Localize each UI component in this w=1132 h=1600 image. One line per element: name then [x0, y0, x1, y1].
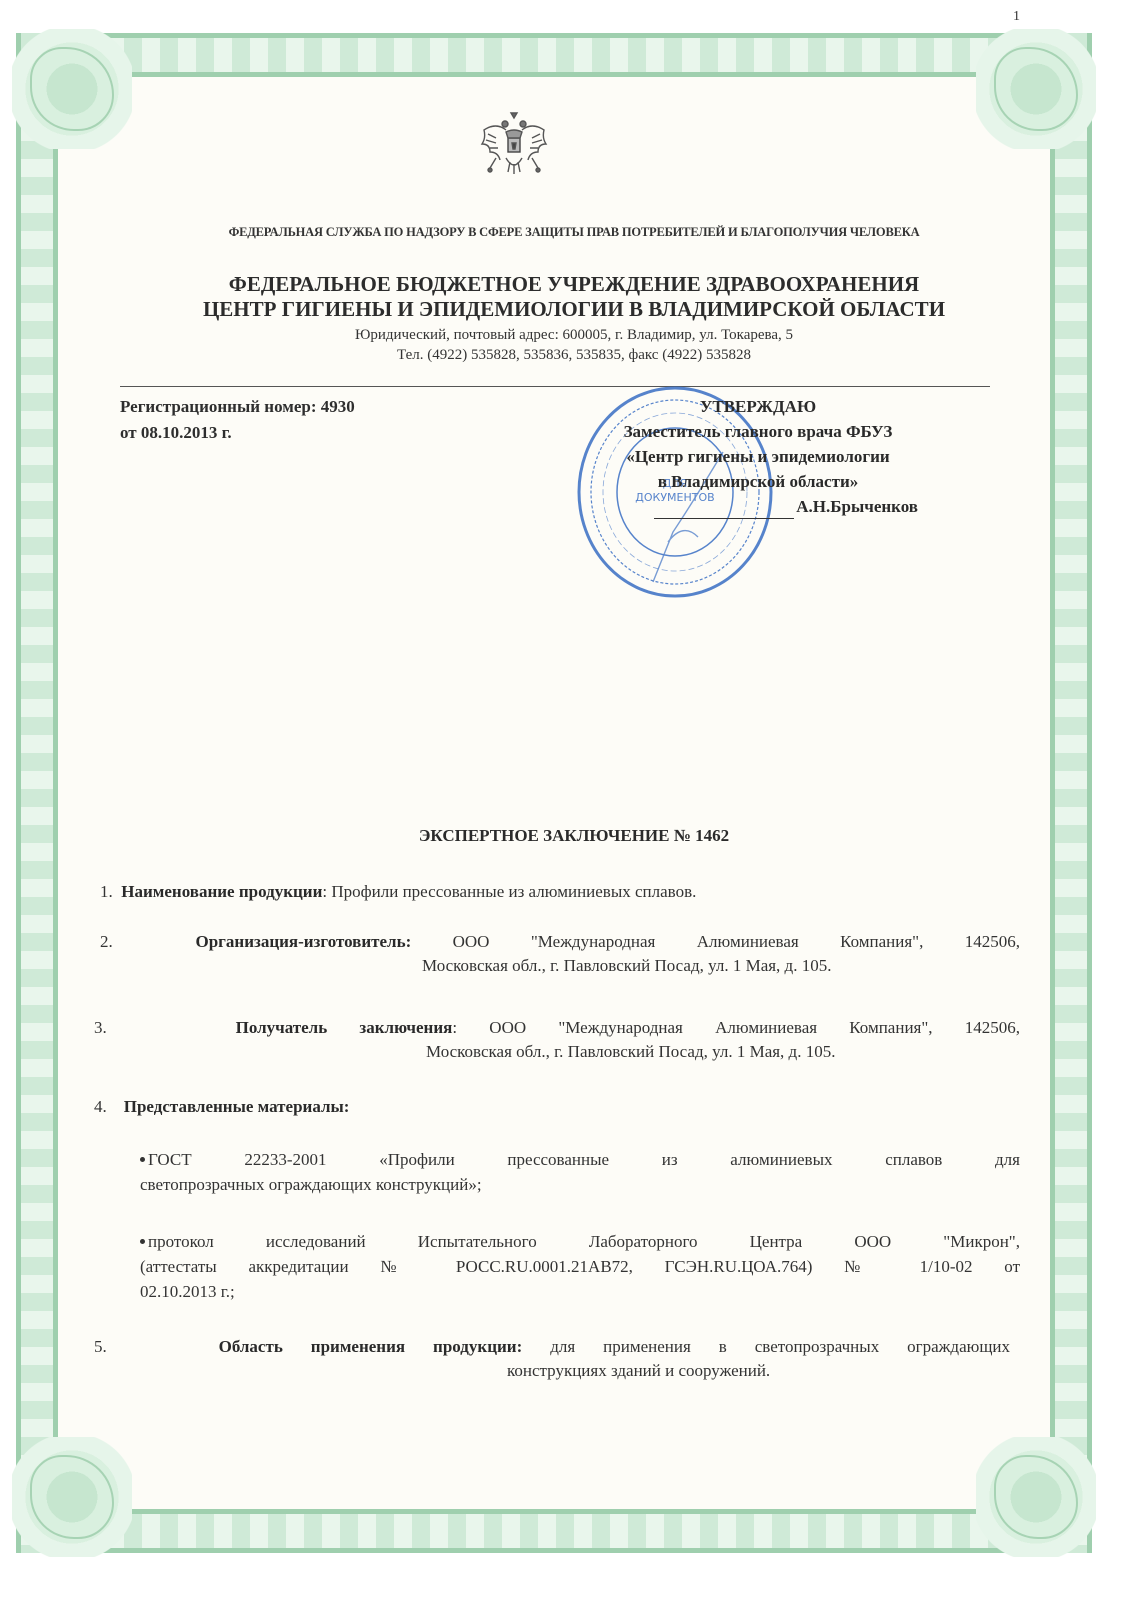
border-corner-ornament [12, 1437, 132, 1557]
item-text-line-2: конструкциях зданий и сооружений. [94, 1359, 1010, 1383]
organization-title-line-2: ЦЕНТР ГИГИЕНЫ И ЭПИДЕМИОЛОГИИ В ВЛАДИМИР… [16, 297, 1132, 322]
materials-bullet-protocol: протокол исследований Испытательного Лаб… [140, 1229, 1020, 1304]
organization-title-line-1: ФЕДЕРАЛЬНОЕ БЮДЖЕТНОЕ УЧРЕЖДЕНИЕ ЗДРАВОО… [16, 272, 1132, 297]
approval-block: УТВЕРЖДАЮ Заместитель главного врача ФБУ… [548, 394, 968, 519]
approval-institution-line-2: в Владимирской области» [548, 469, 968, 494]
bullet-line: протокол исследований Испытательного Лаб… [140, 1229, 1020, 1254]
agency-name: ФЕДЕРАЛЬНАЯ СЛУЖБА ПО НАДЗОРУ В СФЕРЕ ЗА… [0, 225, 1132, 240]
item-text-line-2: Московская обл., г. Павловский Посад, ул… [100, 954, 1020, 978]
approval-signatory: А.Н.Брыченков [796, 497, 918, 516]
item-label: Получатель заключения [236, 1018, 453, 1037]
item-application-area: 5. Область применения продукции: для при… [94, 1335, 1010, 1383]
bullet-dot-icon [140, 1157, 145, 1162]
registration-number: Регистрационный номер: 4930 [120, 394, 355, 420]
bullet-text-line-1: ГОСТ 22233-2001 «Профили прессованные из… [148, 1150, 1020, 1169]
item-line: 2. Организация-изготовитель: ООО "Междун… [100, 930, 1020, 954]
item-text-line-1: для применения в светопрозрачных огражда… [550, 1337, 1010, 1356]
certificate-page [16, 33, 1092, 1553]
item-manufacturer: 2. Организация-изготовитель: ООО "Междун… [100, 930, 1020, 978]
item-label: Область применения продукции: [219, 1337, 523, 1356]
border-corner-ornament [976, 1437, 1096, 1557]
border-corner-ornament [12, 29, 132, 149]
signature-line [654, 498, 794, 519]
item-separator: : [452, 1018, 457, 1037]
header-divider [120, 386, 990, 387]
double-headed-eagle-emblem-icon [476, 108, 552, 184]
organization-contacts: Юридический, почтовый адрес: 600005, г. … [0, 325, 1132, 365]
guilloche-border-top [16, 33, 1092, 77]
item-number: 2. [100, 932, 113, 951]
approval-signature-row: А.Н.Брыченков [548, 494, 968, 519]
item-number: 1. [100, 882, 113, 901]
bullet-text-line-2: светопрозрачных ограждающих конструкций»… [140, 1172, 1020, 1197]
guilloche-border-left [16, 33, 58, 1553]
guilloche-border-bottom [16, 1509, 1092, 1553]
item-line: 5. Область применения продукции: для при… [94, 1335, 1010, 1359]
page-number: 1 [1013, 9, 1020, 25]
document-title: ЭКСПЕРТНОЕ ЗАКЛЮЧЕНИЕ № 1462 [0, 826, 1132, 846]
item-text-line-2: Московская обл., г. Павловский Посад, ул… [94, 1040, 1020, 1064]
item-number: 3. [94, 1018, 107, 1037]
bullet-text-line-1: протокол исследований Испытательного Лаб… [148, 1232, 1020, 1251]
item-label: Организация-изготовитель: [196, 932, 412, 951]
bullet-text-line-3: 02.10.2013 г.; [140, 1279, 1020, 1304]
item-label: Представленные материалы: [124, 1097, 350, 1116]
item-recipient: 3. Получатель заключения: ООО "Междунаро… [94, 1016, 1020, 1064]
item-line: 3. Получатель заключения: ООО "Междунаро… [94, 1016, 1020, 1040]
item-text: Профили прессованные из алюминиевых спла… [327, 882, 696, 901]
item-text-line-1: ООО "Международная Алюминиевая Компания"… [489, 1018, 1020, 1037]
organization-phones: Тел. (4922) 535828, 535836, 535835, факс… [16, 345, 1132, 365]
item-product-name: 1. Наименование продукции: Профили пресс… [100, 880, 696, 904]
border-corner-ornament [976, 29, 1096, 149]
approval-position: Заместитель главного врача ФБУЗ [548, 419, 968, 444]
item-label: Наименование продукции [121, 882, 322, 901]
materials-bullet-gost: ГОСТ 22233-2001 «Профили прессованные из… [140, 1147, 1020, 1197]
registration-block: Регистрационный номер: 4930 от 08.10.201… [120, 394, 355, 446]
item-materials: 4. Представленные материалы: [94, 1095, 349, 1119]
bullet-text-line-2: (аттестаты аккредитации № РОСС.RU.0001.2… [140, 1254, 1020, 1279]
organization-address: Юридический, почтовый адрес: 600005, г. … [16, 325, 1132, 345]
organization-title: ФЕДЕРАЛЬНОЕ БЮДЖЕТНОЕ УЧРЕЖДЕНИЕ ЗДРАВОО… [0, 272, 1132, 322]
bullet-line: ГОСТ 22233-2001 «Профили прессованные из… [140, 1147, 1020, 1172]
registration-date: от 08.10.2013 г. [120, 420, 355, 446]
item-number: 4. [94, 1097, 107, 1116]
approval-institution-line-1: «Центр гигиены и эпидемиологии [548, 444, 968, 469]
item-number: 5. [94, 1337, 107, 1356]
item-text-line-1: ООО "Международная Алюминиевая Компания"… [453, 932, 1020, 951]
guilloche-border-right [1050, 33, 1092, 1553]
bullet-dot-icon [140, 1239, 145, 1244]
approval-title: УТВЕРЖДАЮ [548, 394, 968, 419]
